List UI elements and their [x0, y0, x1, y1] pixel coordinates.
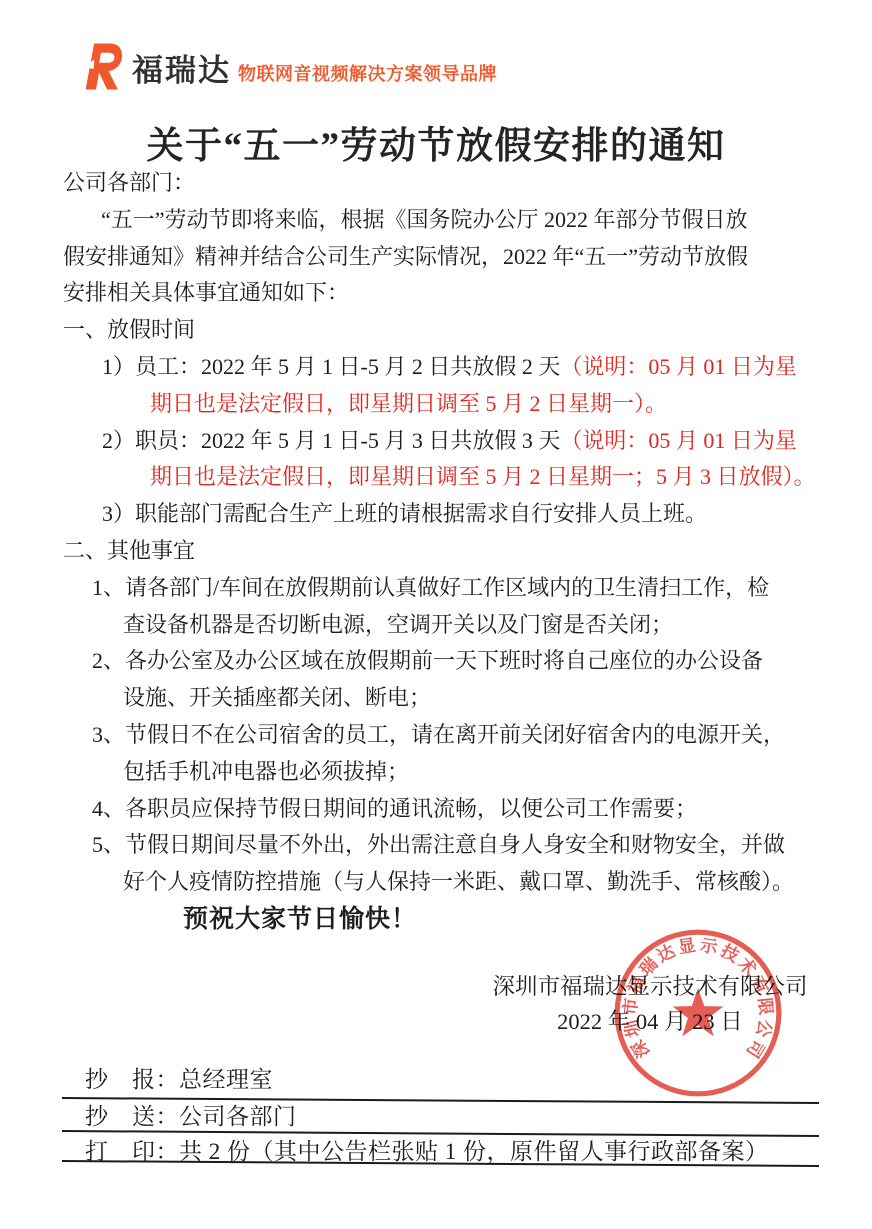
other-item-4: 4、各职员应保持节假日期间的通讯流畅，以便公司工作需要；	[63, 791, 823, 828]
salutation: 公司各部门：	[63, 165, 823, 202]
holiday-item-text: 1）员工：2022 年 5 月 1 日-5 月 2 日共放假 2 天	[102, 354, 560, 379]
footer-label: 抄 送：	[85, 1104, 179, 1129]
notice-body: 公司各部门： “五一”劳动节即将来临，根据《国务院办公厅 2022 年部分节假日…	[63, 165, 823, 938]
holiday-item-text: 2）职员：2022 年 5 月 1 日-5 月 3 日共放假 3 天	[102, 428, 560, 453]
other-item-1: 1、请各部门/车间在放假期前认真做好工作区域内的卫生清扫工作，检 查设备机器是否…	[63, 570, 823, 644]
footer-row-cc-send: 抄 送：公司各部门	[85, 1103, 297, 1131]
notice-title: 关于“五一”劳动节放假安排的通知	[0, 115, 872, 169]
logo-tagline: 物联网音视频解决方案领导品牌	[238, 66, 497, 90]
seal-star-icon	[673, 988, 724, 1036]
footer-row-cc-report: 抄 报：总经理室	[85, 1066, 273, 1094]
holiday-item-staff: 2）职员：2022 年 5 月 1 日-5 月 3 日共放假 3 天（说明：05…	[63, 423, 823, 497]
company-seal-stamp: 深圳市福瑞达显示技术有限公司	[612, 927, 784, 1099]
logo-brand-name: 福瑞达	[132, 56, 231, 90]
other-item-3: 3、节假日不在公司宿舍的员工，请在离开前关闭好宿舍内的电源开关， 包括手机冲电器…	[63, 717, 823, 791]
holiday-item-functional: 3）职能部门需配合生产上班的请根据需求自行安排人员上班。	[63, 496, 823, 533]
section1-heading: 一、放假时间	[63, 312, 823, 349]
footer-value: 公司各部门	[179, 1104, 297, 1129]
holiday-item-employee: 1）员工：2022 年 5 月 1 日-5 月 2 日共放假 2 天（说明：05…	[63, 349, 823, 423]
footer-label: 抄 报：	[85, 1067, 179, 1092]
section2-heading: 二、其他事宜	[63, 533, 823, 570]
footer-value: 总经理室	[179, 1067, 273, 1092]
other-item-2: 2、各办公室及办公区域在放假期前一天下班时将自己座位的办公设备 设施、开关插座都…	[63, 643, 823, 717]
holiday-item-text: 3）职能部门需配合生产上班的请根据需求自行安排人员上班。	[102, 501, 707, 526]
furuida-r-logo-icon	[78, 40, 124, 90]
footer-rule	[62, 1130, 819, 1137]
footer-value: 共 2 份（其中公告栏张贴 1 份，原件留人事行政部备案）	[179, 1139, 769, 1164]
other-item-5: 5、节假日期间尽量不外出，外出需注意自身人身安全和财物安全，并做 好个人疫情防控…	[63, 827, 823, 901]
furuida-logo: 福瑞达 物联网音视频解决方案领导品牌	[78, 40, 497, 90]
notice-document-page: 福瑞达 物联网音视频解决方案领导品牌 关于“五一”劳动节放假安排的通知 公司各部…	[0, 0, 872, 1229]
intro-paragraph: “五一”劳动节即将来临，根据《国务院办公厅 2022 年部分节假日放 假安排通知…	[63, 202, 823, 312]
